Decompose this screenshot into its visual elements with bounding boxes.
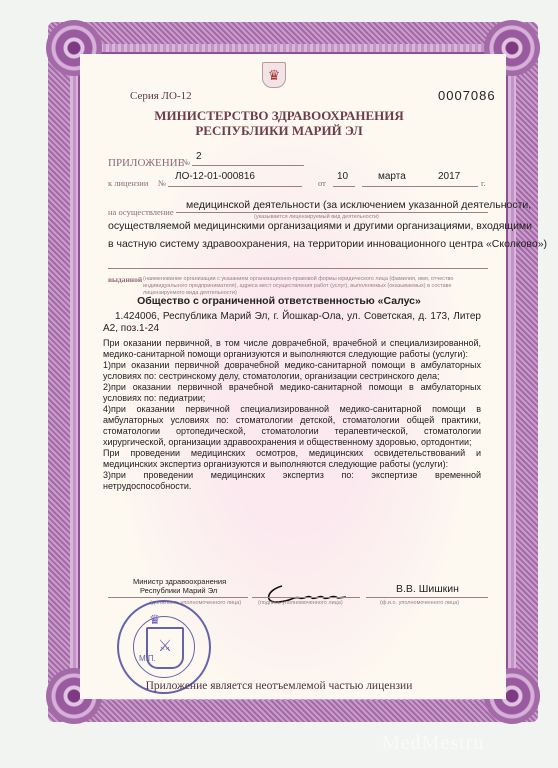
services-list: При оказании первичной, в том числе довр… [103, 338, 481, 492]
date-day-underline [333, 186, 355, 187]
year-suffix: г. [481, 178, 486, 188]
services-intro-1: При оказании первичной, в том числе довр… [103, 338, 481, 360]
signature-underline [252, 597, 360, 598]
series-label: Серия ЛО-12 [130, 90, 192, 102]
date-day: 10 [337, 171, 348, 182]
organization-name: Общество с ограниченной ответственностью… [0, 295, 558, 307]
activity-end-underline [108, 268, 488, 269]
signatory-position-line2: Республики Марий Эл [140, 586, 217, 595]
footer-note: Приложение является неотъемлемой частью … [0, 680, 558, 692]
activity-label: на осуществление [108, 207, 174, 217]
position-underline [108, 597, 248, 598]
date-month: марта [378, 171, 406, 182]
crown-icon: ♛ [149, 612, 161, 628]
form-number: 0007086 [438, 88, 496, 103]
activity-line-3: в частную систему здравоохранения, на те… [108, 238, 547, 250]
license-label: к лицензии [108, 178, 148, 188]
appendix-number: 2 [196, 151, 202, 162]
license-number-underline [168, 186, 302, 187]
issued-hint: (наименование организации с указанием ор… [143, 276, 483, 297]
date-underline [362, 186, 478, 187]
services-intro-2: При проведении медицинских осмотров, мед… [103, 448, 481, 470]
activity-line-1: медицинской деятельности (за исключением… [186, 199, 531, 211]
signatory-position-line1: Министр здравоохранения [133, 577, 226, 586]
date-from-label: от [318, 178, 326, 188]
appendix-number-underline [192, 165, 304, 166]
signature-hint: (подпись уполномоченного лица) [258, 600, 343, 606]
service-item-1: 1)при оказании первичной доврачебной мед… [103, 360, 481, 382]
date-year: 2017 [438, 171, 460, 182]
license-number: ЛО-12-01-000816 [175, 171, 255, 182]
number-sign: № [182, 157, 190, 167]
stamp-initials: М.П. [139, 654, 156, 663]
name-underline [366, 597, 488, 598]
organization-address: 1.424006, Республика Марий Эл, г. Йошкар… [103, 311, 481, 335]
license-number-sign: № [158, 178, 166, 188]
name-hint: (ф.и.о. уполномоченного лица) [380, 600, 459, 606]
activity-underline [176, 212, 488, 213]
issued-label: выданной [108, 275, 142, 284]
signatory-name: В.В. Шишкин [396, 583, 459, 595]
ministry-title-line2: РЕСПУБЛИКИ МАРИЙ ЭЛ [0, 123, 558, 139]
service-item-2: 2)при оказании первичной врачебной медик… [103, 382, 481, 404]
ministry-title-line1: МИНИСТЕРСТВО ЗДРАВООХРАНЕНИЯ [0, 108, 558, 124]
coat-of-arms-icon: ♛ [262, 62, 286, 88]
service-item-4: 4)при оказании первичной специализирован… [103, 404, 481, 448]
watermark: MedMestru [382, 732, 484, 755]
appendix-label: ПРИЛОЖЕНИЕ [108, 157, 184, 169]
activity-line-2: осуществляемой медицинскими организациям… [108, 220, 532, 232]
service-item-3: 3)при проведении медицинских экспертиз п… [103, 470, 481, 492]
